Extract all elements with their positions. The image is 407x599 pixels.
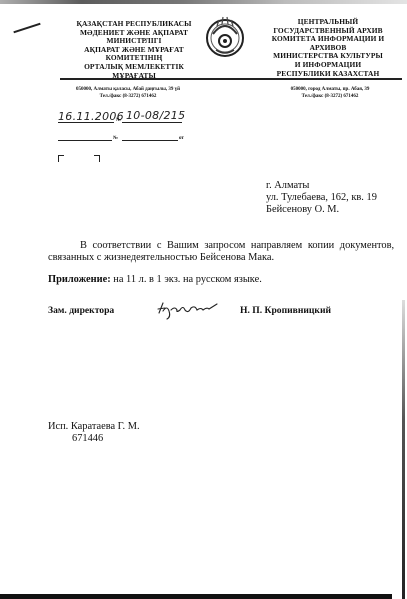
header-right-russian: ЦЕНТРАЛЬНЫЙ ГОСУДАРСТВЕННЫЙ АРХИВ КОМИТЕ… — [253, 18, 403, 78]
header-right-line: РЕСПУБЛИКИ КАЗАХСТАН — [253, 70, 403, 79]
address-left-phone: Тел./факс (8-3272) 671462 — [58, 94, 198, 101]
handwritten-signature-icon — [155, 299, 220, 321]
address-field-corner-left — [58, 155, 64, 162]
reply-number-line — [122, 140, 178, 141]
reply-from-mark: от — [179, 136, 184, 141]
recipient-city: г. Алматы — [266, 180, 309, 193]
scan-mark — [13, 23, 40, 34]
body-line-2: связанных с жизнедеятельностью Бейсенова… — [48, 252, 274, 265]
attachment: Приложение: на 11 л. в 1 экз. на русском… — [48, 274, 262, 287]
signatory-name: Н. П. Кропивницкий — [240, 305, 331, 318]
reply-date-line — [58, 140, 112, 141]
body-line-1: В соответствии с Вашим запросом направля… — [80, 240, 394, 253]
number-underline — [122, 122, 182, 123]
header-right-line: КОМИТЕТА ИНФОРМАЦИИ И АРХИВОВ — [253, 35, 403, 52]
state-emblem-icon — [205, 12, 245, 60]
number-mark: № — [116, 118, 121, 123]
attachment-text: на 11 л. в 1 экз. на русском языке. — [113, 274, 262, 285]
date-underline — [58, 122, 114, 123]
executor-phone: 671446 — [72, 433, 103, 446]
scan-edge-top — [0, 0, 407, 4]
header-left-kazakh: ҚАЗАҚСТАН РЕСПУБЛИКАСЫ МӘДЕНИЕТ ЖӘНЕ АҚП… — [60, 20, 208, 80]
address-left: 050000, Алматы қаласы, Абай даңғылы, 39 … — [58, 87, 198, 100]
address-left-street: 050000, Алматы қаласы, Абай даңғылы, 39 … — [58, 87, 198, 94]
address-right-phone: Тел./факс (8-3272) 671462 — [268, 94, 392, 101]
recipient-name: Бейсенову О. М. — [266, 204, 339, 217]
recipient-street: ул. Тулебаева, 162, кв. 19 — [266, 192, 377, 205]
address-right: 050000, город Алматы, пр. Абая, 39 Тел./… — [268, 87, 392, 100]
registration-number: 10-08/215 — [126, 109, 185, 122]
reply-number-mark: № — [113, 136, 118, 141]
address-field-corner-right — [94, 155, 100, 162]
scan-edge-right — [402, 300, 405, 599]
executor-name: Исп. Каратаева Г. М. — [48, 421, 140, 434]
header-divider — [60, 78, 402, 80]
header-left-line: АҚПАРАТ ЖӘНЕ МҰРАҒАТ КОМИТЕТІНІҢ — [60, 46, 208, 63]
scan-edge-bottom — [0, 594, 392, 599]
signatory-position: Зам. директора — [48, 305, 114, 318]
attachment-label: Приложение: — [48, 274, 111, 285]
